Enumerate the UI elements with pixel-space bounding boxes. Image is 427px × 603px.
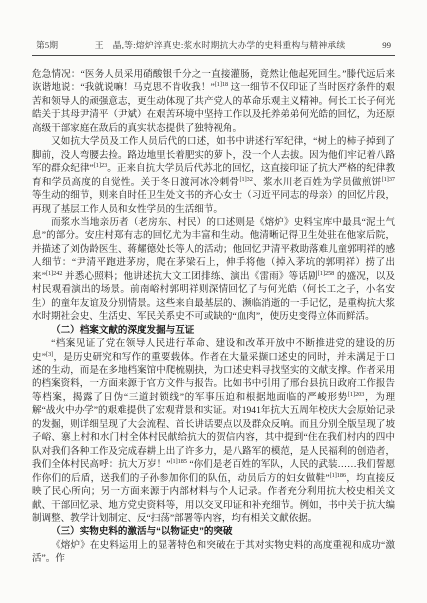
- body-paragraph: 又如抗大学员及工作人员后代的口述，如书中讲述行军纪律，“树上的柿子掉到了脚前，没…: [32, 135, 395, 216]
- citation-superscript: [1]23: [94, 162, 107, 169]
- citation-superscript: [1]242: [46, 270, 63, 277]
- journal-page: 第5期 王 晶,等:熔炉淬真史:浆水时期抗大办学的史料重构与精神承续 99 危急…: [0, 0, 427, 603]
- citation-superscript: [1]18: [215, 81, 228, 88]
- section-heading: （三）实物史料的激活与“以物证史”的突破: [32, 525, 395, 538]
- body-paragraph: “档案见证了党在领导人民进行革命、建设和改革开放中不断推进党的建设的历史”[3]…: [32, 337, 395, 525]
- body-paragraph: 而浆水当地亲历者（老房东、村民）的口述则是《熔炉》史料宝库中最具“泥土气息”的部…: [32, 216, 395, 324]
- header-rule: [32, 55, 395, 56]
- body-paragraph: 《熔炉》在史料运用上的显著特色和突破在于其对实物史料的高度重视和成功“激活”。作: [32, 539, 395, 566]
- page-header: 第5期 王 晶,等:熔炉淬真史:浆水时期抗大办学的史料重构与精神承续 99: [32, 38, 395, 51]
- citation-superscript: [1]258: [318, 270, 335, 277]
- citation-superscript: [1]37: [382, 175, 395, 182]
- article-body: 危急情况：“医务人员采用硝酸银千分之一直接灌肠，竟然让他起死回生。”滕代远后来诙…: [32, 68, 395, 566]
- text-run: 、浆水川老百姓为学员做煎饼: [253, 177, 382, 188]
- text-run: （二）档案文献的深度发掘与互证: [51, 325, 194, 336]
- section-heading: （二）档案文献的深度发掘与互证: [32, 324, 395, 337]
- citation-superscript: [1]32: [239, 175, 252, 182]
- page-number: 99: [382, 40, 391, 50]
- citation-superscript: [1]186: [330, 471, 347, 478]
- text-run: 并悉心照料；他讲述抗大文工团排练、演出《雷雨》等话剧: [62, 271, 317, 282]
- text-run: 等生动的细节，则来自时任卫生处文书的齐心女士（习近平同志的母亲）的回忆片段，再现…: [32, 190, 395, 214]
- running-title: 王 晶,等:熔炉淬真史:浆水时期抗大办学的史料重构与精神承续: [58, 38, 382, 51]
- text-run: ，是历史研究和写作的重要载体。作者在大量采撷口述史的同时，并未满足于口述的生动，…: [32, 352, 395, 403]
- issue-label: 第5期: [36, 38, 58, 51]
- body-paragraph: 危急情况：“医务人员采用硝酸银千分之一直接灌肠，竟然让他起死回生。”滕代远后来诙…: [32, 68, 395, 135]
- text-run: （三）实物史料的激活与“以物证史”的突破: [51, 526, 232, 537]
- text-run: 《熔炉》在史料运用上的显著特色和突破在于其对实物史料的高度重视和成功“激活”。作: [32, 540, 395, 564]
- citation-superscript: [1]185: [171, 458, 188, 465]
- citation-superscript: [1]203: [348, 391, 365, 398]
